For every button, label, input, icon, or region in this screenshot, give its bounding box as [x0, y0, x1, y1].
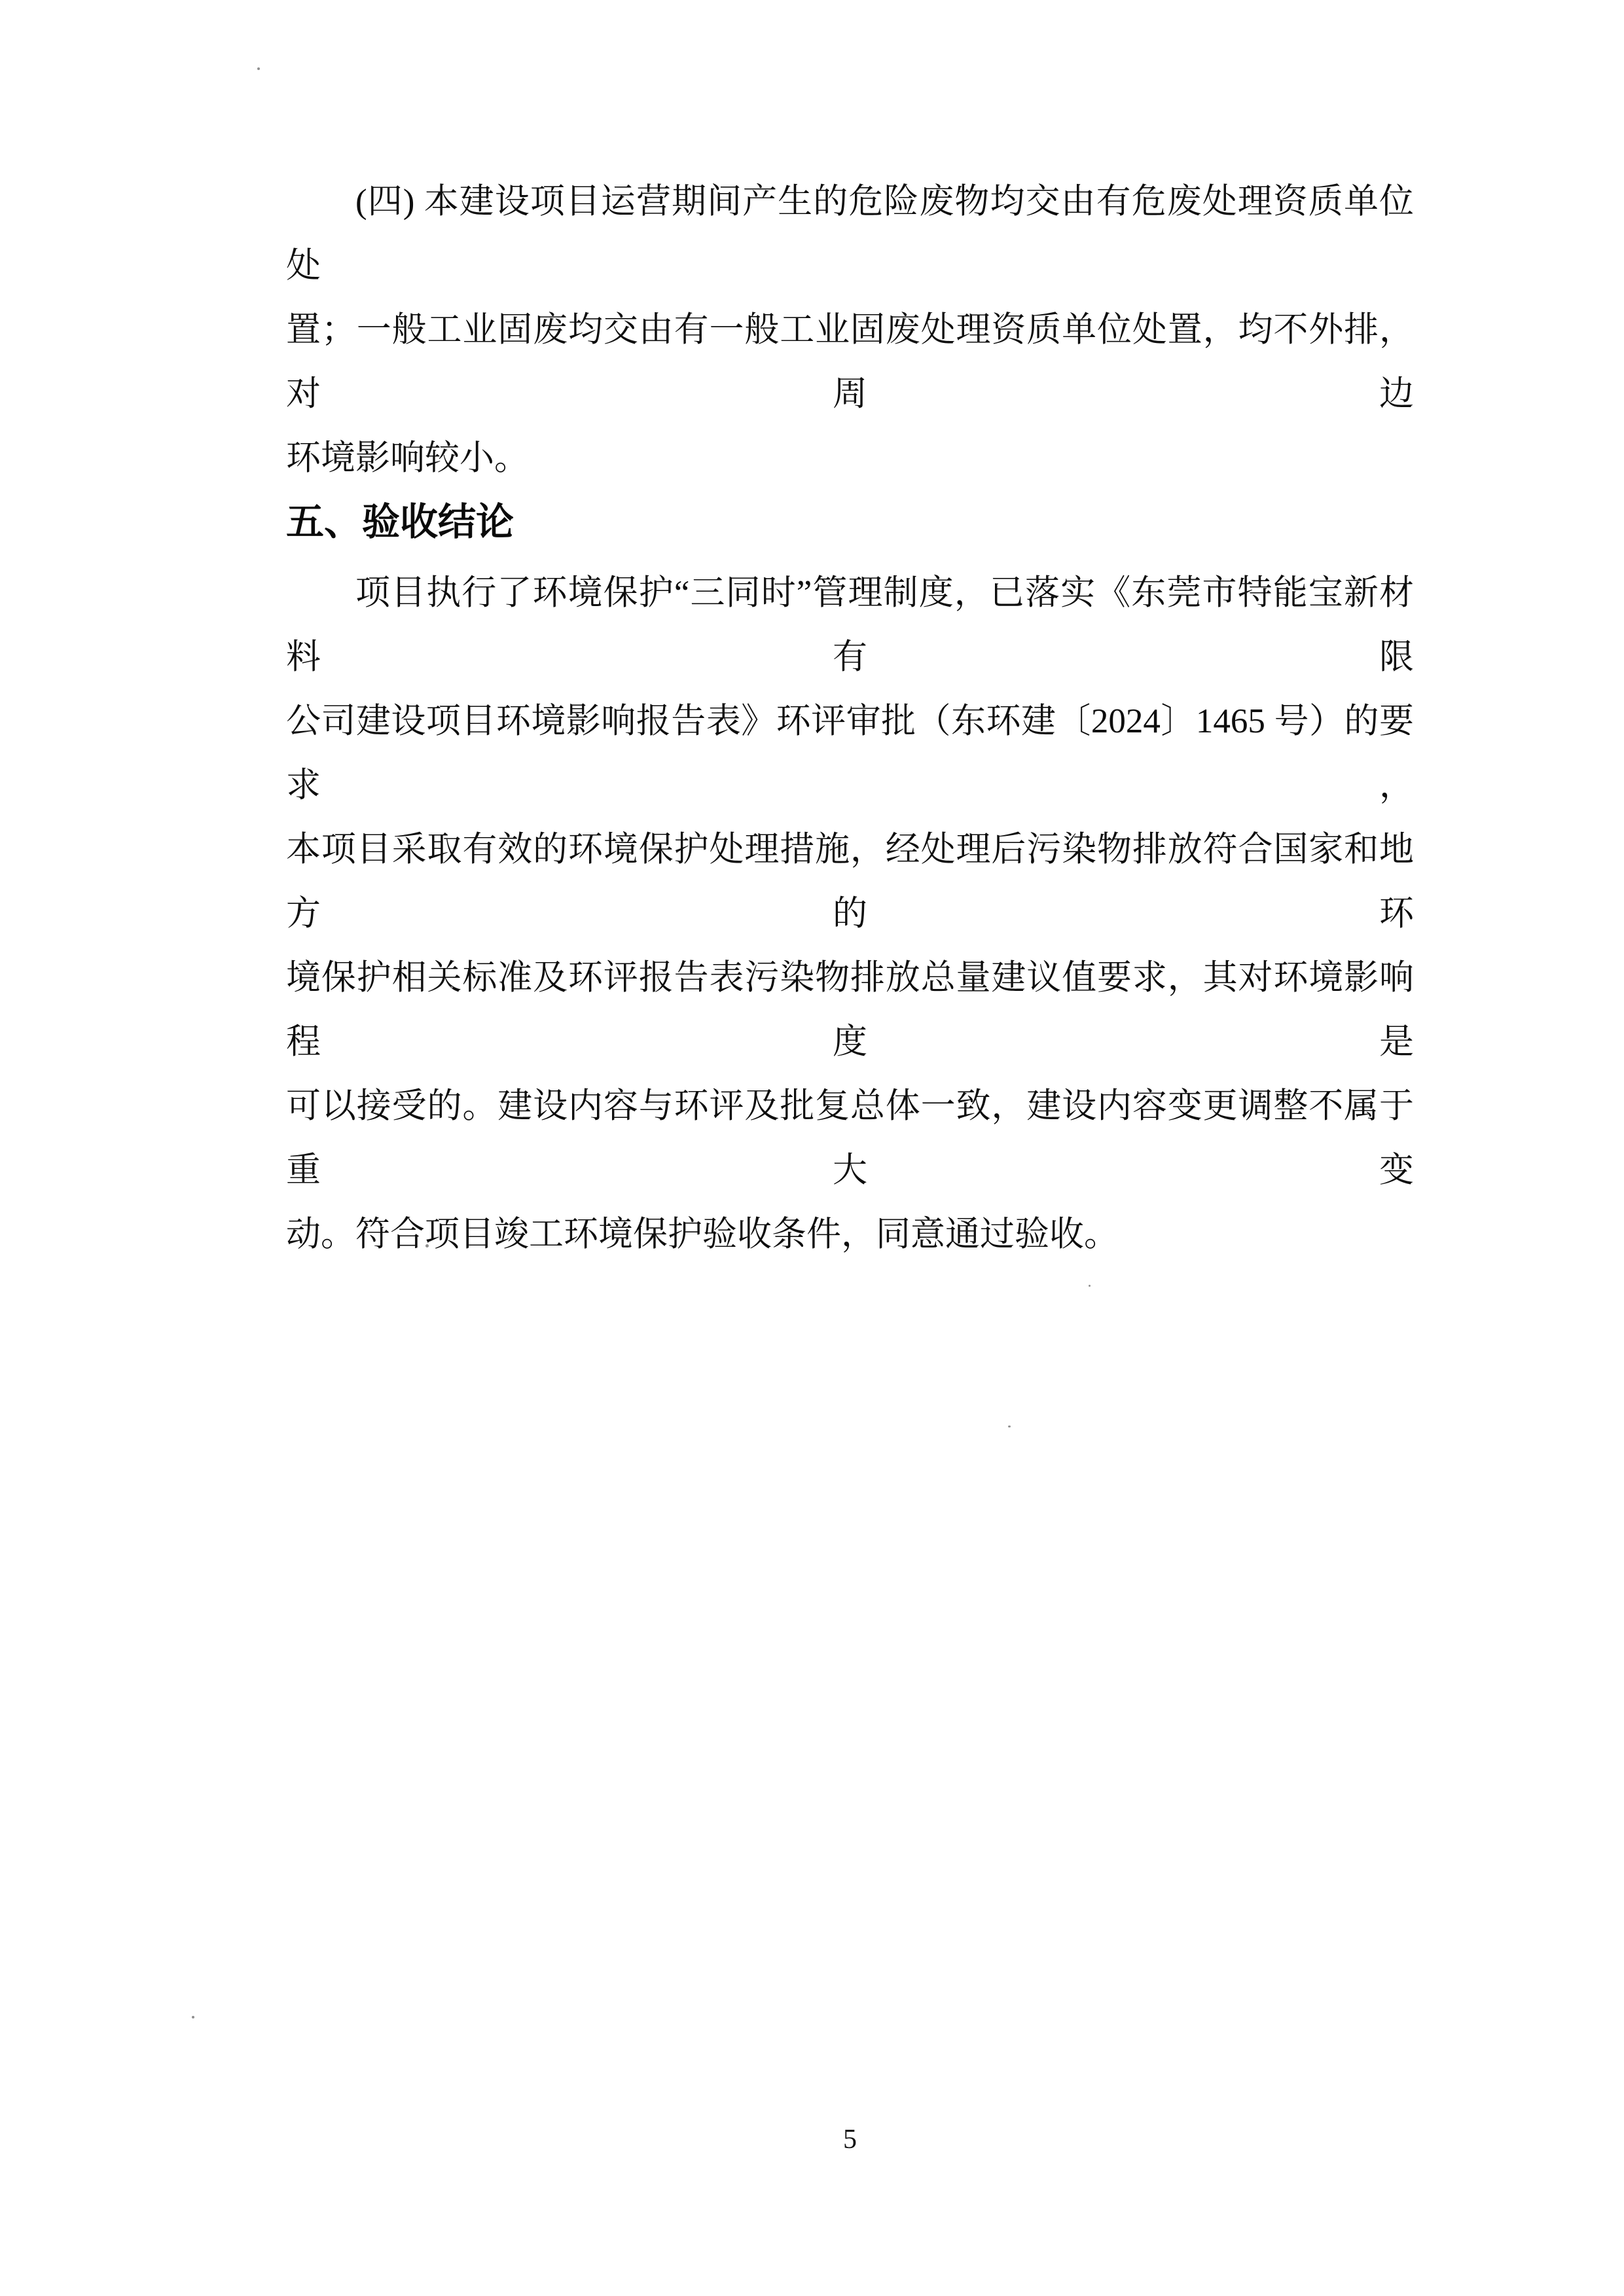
text-line: 本项目采取有效的环境保护处理措施，经处理后污染物排放符合国家和地方的环 [286, 817, 1414, 946]
scan-speck [1111, 968, 1113, 970]
page-number: 5 [286, 2126, 1414, 2153]
paragraph-conclusion: 项目执行了环境保护“三同时”管理制度，已落实《东莞市特能宝新材料有限 公司建设项… [286, 561, 1414, 1266]
document-body: (四) 本建设项目运营期间产生的危险废物均交由有危废处理资质单位处 置；一般工业… [286, 170, 1414, 1266]
section-heading-acceptance-conclusion: 五、验收结论 [286, 490, 1414, 554]
text-line: 公司建设项目环境影响报告表》环评审批（东环建〔2024〕1465 号）的要求， [286, 689, 1414, 817]
scan-speck [450, 986, 453, 988]
paragraph-waste-disposal: (四) 本建设项目运营期间产生的危险废物均交由有危废处理资质单位处 置；一般工业… [286, 170, 1414, 490]
scan-speck [1089, 1285, 1091, 1287]
text-line: 项目执行了环境保护“三同时”管理制度，已落实《东莞市特能宝新材料有限 [286, 561, 1414, 689]
text-line: 境保护相关标准及环评报告表污染物排放总量建议值要求，其对环境影响程度是 [286, 946, 1414, 1074]
scan-speck [257, 67, 260, 70]
text-line: 可以接受的。建设内容与环评及批复总体一致，建设内容变更调整不属于重大变 [286, 1074, 1414, 1202]
text-line: 环境影响较小。 [286, 426, 1414, 490]
text-line: (四) 本建设项目运营期间产生的危险废物均交由有危废处理资质单位处 [286, 170, 1414, 298]
text-line: 动。符合项目竣工环境保护验收条件，同意通过验收。 [286, 1202, 1414, 1266]
document-page: (四) 本建设项目运营期间产生的危险废物均交由有危废处理资质单位处 置；一般工业… [0, 0, 1624, 2296]
scan-speck [425, 1244, 429, 1247]
scan-speck [192, 2016, 194, 2018]
text-line: 置；一般工业固废均交由有一般工业固废处理资质单位处置，均不外排，对周边 [286, 298, 1414, 426]
scan-speck [1008, 1426, 1011, 1427]
